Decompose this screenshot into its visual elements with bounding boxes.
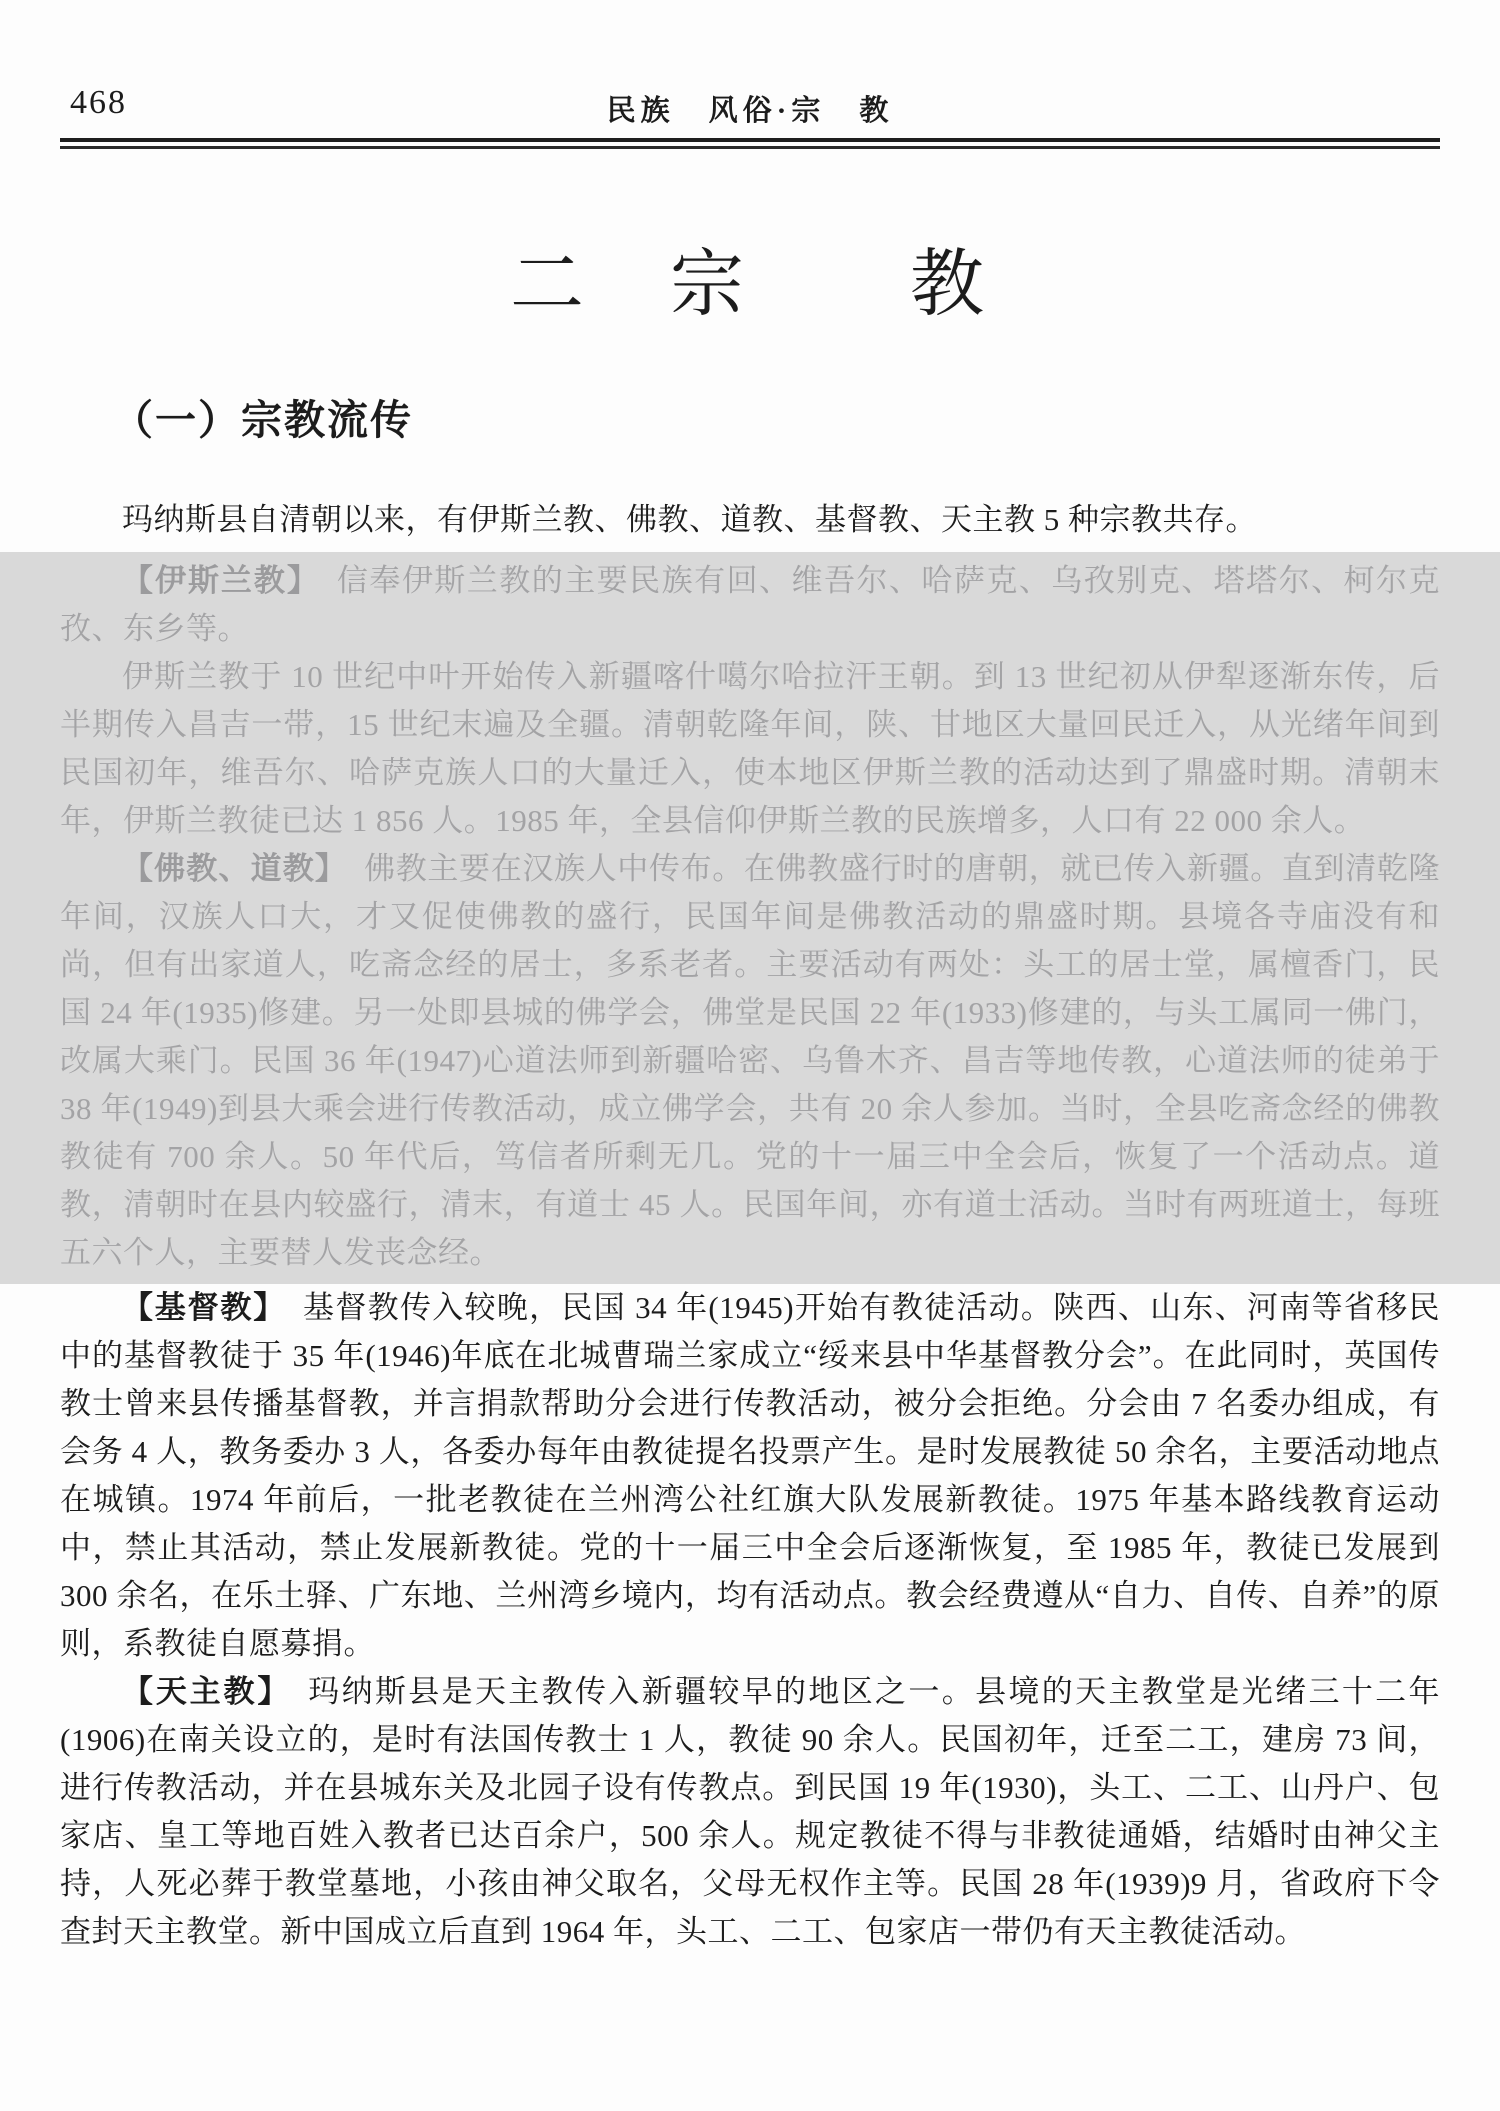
entry-catholicism: 【天主教】玛纳斯县是天主教传入新疆较早的地区之一。县境的天主教堂是光绪三十二年(… — [60, 1668, 1440, 1956]
header-double-rule — [60, 138, 1440, 149]
body-text: 玛纳斯县自清朝以来，有伊斯兰教、佛教、道教、基督教、天主教 5 种宗教共存。 【… — [60, 496, 1440, 1956]
entry-christianity: 【基督教】基督教传入较晚，民国 34 年(1945)开始有教徒活动。陕西、山东、… — [60, 1284, 1440, 1668]
chapter-title: 二 宗 教 — [60, 247, 1440, 325]
entry-islam: 【伊斯兰教】信奉伊斯兰教的主要民族有回、维吾尔、哈萨克、乌孜别克、塔塔尔、柯尔克… — [60, 557, 1440, 653]
running-header: 468 民族 风俗·宗 教 — [60, 84, 1440, 122]
book-page: 468 民族 风俗·宗 教 二 宗 教 （一）宗教流传 玛纳斯县自清朝以来，有伊… — [0, 0, 1500, 2111]
entry-tag-islam: 【伊斯兰教】 — [122, 563, 320, 598]
entry-christianity-text: 基督教传入较晚，民国 34 年(1945)开始有教徒活动。陕西、山东、河南等省移… — [60, 1290, 1440, 1661]
islam-history-paragraph: 伊斯兰教于 10 世纪中叶开始传入新疆喀什噶尔哈拉汗王朝。到 13 世纪初从伊犁… — [60, 653, 1440, 845]
section-title: （一）宗教流传 — [112, 387, 1440, 446]
entry-tag-catholicism: 【天主教】 — [122, 1674, 291, 1709]
entry-tag-buddhism-taoism: 【佛教、道教】 — [122, 851, 347, 886]
entry-buddhism-taoism: 【佛教、道教】佛教主要在汉族人中传布。在佛教盛行时的唐朝，就已传入新疆。直到清乾… — [60, 845, 1440, 1277]
entry-buddhism-taoism-text: 佛教主要在汉族人中传布。在佛教盛行时的唐朝，就已传入新疆。直到清乾隆年间，汉族人… — [60, 851, 1440, 1270]
intro-paragraph: 玛纳斯县自清朝以来，有伊斯兰教、佛教、道教、基督教、天主教 5 种宗教共存。 — [60, 496, 1440, 544]
entry-tag-christianity: 【基督教】 — [122, 1290, 286, 1325]
entry-catholicism-text: 玛纳斯县是天主教传入新疆较早的地区之一。县境的天主教堂是光绪三十二年(1906)… — [60, 1674, 1440, 1949]
shaded-scan-band: 【伊斯兰教】信奉伊斯兰教的主要民族有回、维吾尔、哈萨克、乌孜别克、塔塔尔、柯尔克… — [0, 552, 1500, 1284]
running-head-title: 民族 风俗·宗 教 — [60, 88, 1440, 129]
